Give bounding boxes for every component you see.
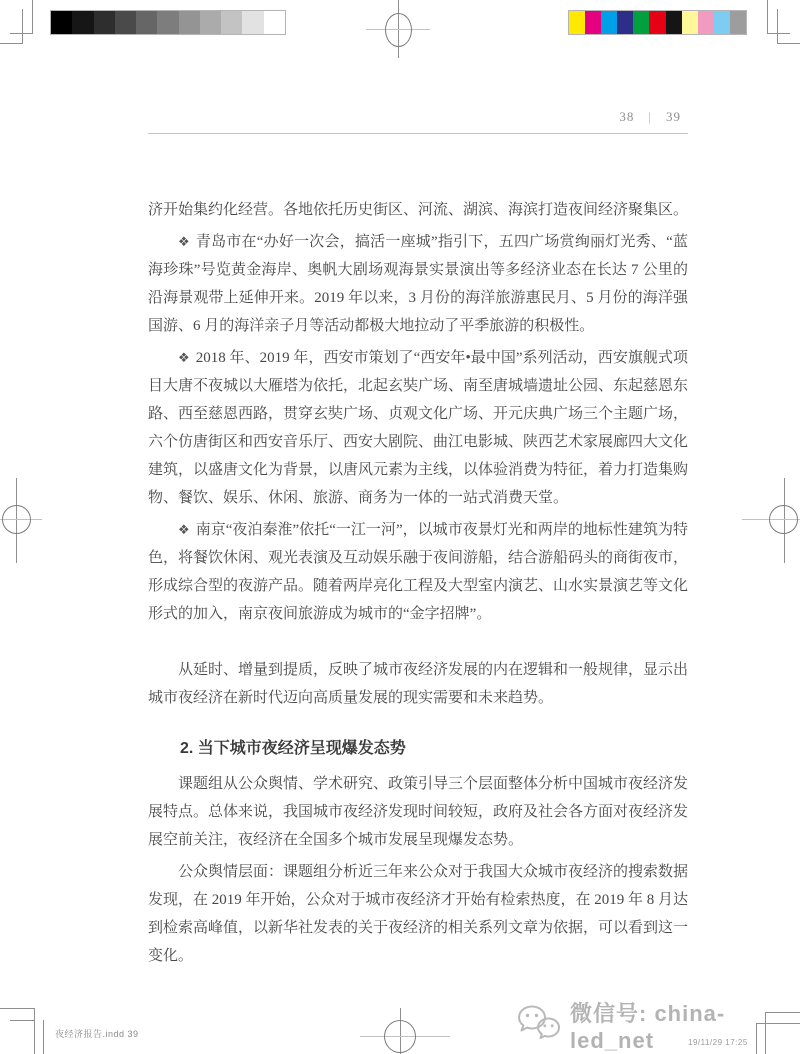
calibration-swatch xyxy=(585,11,601,34)
public-opinion-paragraph: 公众舆情层面：课题组分析近三年来公众对于我国大众城市夜经济的搜索数据发现，在 2… xyxy=(148,858,688,970)
diamond-bullet-icon: ❖ xyxy=(178,522,190,537)
bullet-paragraph-qingdao: ❖青岛市在“办好一次会，搞活一座城”指引下，五四广场赏绚丽灯光秀、“蓝海珍珠”号… xyxy=(148,228,688,340)
calibration-swatch xyxy=(264,11,285,34)
watermark-text: 微信号: china-led_net xyxy=(570,997,800,1054)
calibration-swatch xyxy=(157,11,178,34)
calibration-swatch xyxy=(94,11,115,34)
calibration-swatch xyxy=(714,11,730,34)
page-number-right: 39 xyxy=(666,109,681,124)
text-column: 济开始集约化经营。各地依托历史街区、河流、湖滨、海滨打造夜间经济聚集区。 ❖青岛… xyxy=(148,196,688,970)
calibration-swatch xyxy=(136,11,157,34)
diamond-bullet-icon: ❖ xyxy=(178,234,190,249)
calibration-swatch xyxy=(601,11,617,34)
header-rule xyxy=(148,133,688,134)
bullet-text: 青岛市在“办好一次会，搞活一座城”指引下，五四广场赏绚丽灯光秀、“蓝海珍珠”号览… xyxy=(148,234,688,334)
calibration-swatch xyxy=(633,11,649,34)
diamond-bullet-icon: ❖ xyxy=(178,350,190,365)
page-number-left: 38 xyxy=(619,109,634,124)
file-label: 夜经济报告.indd 39 xyxy=(55,1027,139,1040)
bullet-paragraph-nanjing: ❖南京“夜泊秦淮”依托“一江一河”，以城市夜景灯光和两岸的地标性建筑为特色，将餐… xyxy=(148,516,688,628)
calibration-swatch xyxy=(649,11,665,34)
print-timestamp: 19/11/29 17:25 xyxy=(688,1038,748,1047)
bullet-text: 2018 年、2019 年，西安市策划了“西安年•最中国”系列活动，西安旗舰式项… xyxy=(148,350,688,506)
calibration-swatch xyxy=(682,11,698,34)
calibration-swatch xyxy=(730,11,746,34)
intro-paragraph: 济开始集约化经营。各地依托历史街区、河流、湖滨、海滨打造夜间经济聚集区。 xyxy=(148,196,688,224)
page-numbers: 38|39 xyxy=(612,109,688,125)
calibration-swatch xyxy=(179,11,200,34)
calibration-swatch xyxy=(221,11,242,34)
section-heading: 2. 当下城市夜经济呈现爆发态势 xyxy=(148,738,688,760)
calibration-swatch xyxy=(115,11,136,34)
grayscale-calibration-bar xyxy=(50,10,286,35)
calibration-swatch xyxy=(51,11,72,34)
watermark: 微信号: china-led_net xyxy=(516,997,800,1054)
color-calibration-bar xyxy=(568,10,747,35)
calibration-swatch xyxy=(698,11,714,34)
calibration-swatch xyxy=(242,11,263,34)
summary-paragraph: 从延时、增量到提质，反映了城市夜经济发展的内在逻辑和一般规律，显示出城市夜经济在… xyxy=(148,656,688,712)
calibration-swatch xyxy=(72,11,93,34)
calibration-swatch xyxy=(666,11,682,34)
page-number-divider: | xyxy=(648,109,652,124)
analysis-paragraph: 课题组从公众舆情、学术研究、政策引导三个层面整体分析中国城市夜经济发展特点。总体… xyxy=(148,770,688,854)
calibration-swatch xyxy=(200,11,221,34)
bullet-text: 南京“夜泊秦淮”依托“一江一河”，以城市夜景灯光和两岸的地标性建筑为特色，将餐饮… xyxy=(148,522,688,622)
calibration-swatch xyxy=(569,11,585,34)
calibration-swatch xyxy=(617,11,633,34)
bullet-paragraph-xian: ❖2018 年、2019 年，西安市策划了“西安年•最中国”系列活动，西安旗舰式… xyxy=(148,344,688,512)
wechat-icon xyxy=(516,1004,562,1047)
